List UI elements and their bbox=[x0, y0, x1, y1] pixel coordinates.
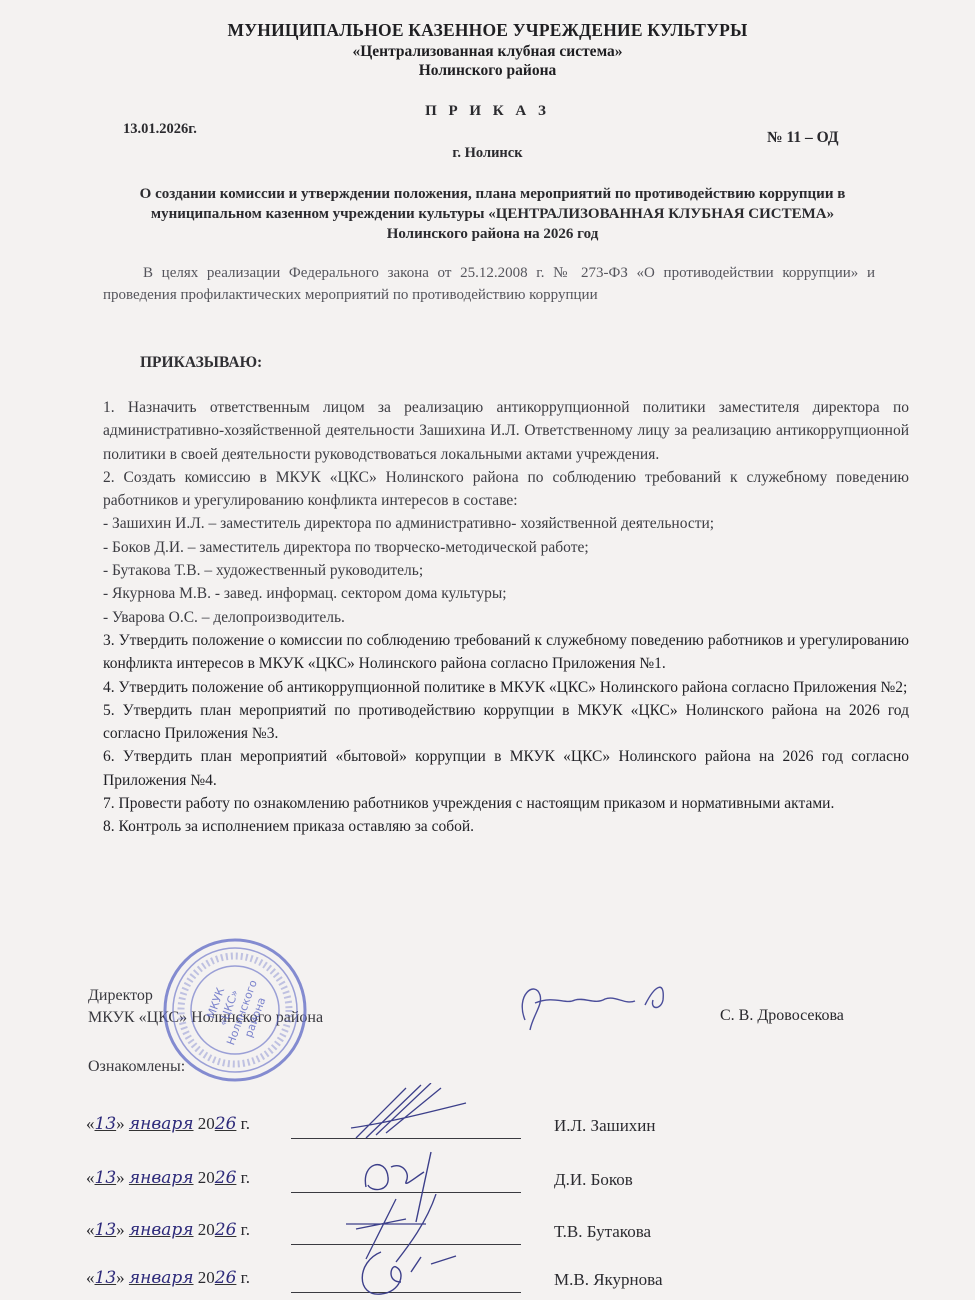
order-item: 5. Утвердить план мероприятий по противо… bbox=[103, 699, 909, 746]
order-item: 4. Утвердить положение об антикоррупцион… bbox=[103, 676, 909, 699]
acquaintance-date: «13» января 2026 г. bbox=[86, 1268, 250, 1288]
order-item: 8. Контроль за исполнением приказа остав… bbox=[103, 815, 909, 838]
org-header-line3: Нолинского района bbox=[0, 62, 975, 80]
order-preamble: В целях реализации Федерального закона о… bbox=[103, 262, 875, 306]
director-name: С. В. Дровосекова bbox=[720, 1007, 844, 1025]
order-item: 2. Создать комиссию в МКУК «ЦКС» Нолинск… bbox=[103, 466, 909, 513]
org-header-line2: «Централизованная клубная система» bbox=[0, 43, 975, 61]
acquaintance-row: «13» января 2026 г. М.В. Якурнова bbox=[86, 1262, 886, 1300]
acquaintance-row: «13» января 2026 г. И.Л. Зашихин bbox=[86, 1108, 886, 1148]
commission-member: - Боков Д.И. – заместитель директора по … bbox=[103, 536, 909, 559]
order-item: 6. Утвердить план мероприятий «бытовой» … bbox=[103, 745, 909, 792]
acquainted-label: Ознакомлены: bbox=[88, 1058, 185, 1076]
order-item: 3. Утвердить положение о комиссии по соб… bbox=[103, 629, 909, 676]
director-signature-icon bbox=[505, 975, 685, 1035]
order-subject: О создании комиссии и утверждении положе… bbox=[120, 184, 865, 244]
acquaintance-name: М.В. Якурнова bbox=[554, 1270, 663, 1290]
document-title: П Р И К А З bbox=[0, 103, 975, 120]
acquaintance-name: И.Л. Зашихин bbox=[554, 1116, 656, 1136]
acquaintance-date: «13» января 2026 г. bbox=[86, 1114, 250, 1134]
org-header-line1: МУНИЦИПАЛЬНОЕ КАЗЕННОЕ УЧРЕЖДЕНИЕ КУЛЬТУ… bbox=[0, 20, 975, 41]
commission-member: - Зашихин И.Л. – заместитель директора п… bbox=[103, 512, 909, 535]
acquaintance-date: «13» января 2026 г. bbox=[86, 1220, 250, 1240]
order-city: г. Нолинск bbox=[0, 145, 975, 162]
order-item: 7. Провести работу по ознакомлению работ… bbox=[103, 792, 909, 815]
acquaintance-row: «13» января 2026 г. Д.И. Боков bbox=[86, 1162, 886, 1202]
order-document: МУНИЦИПАЛЬНОЕ КАЗЕННОЕ УЧРЕЖДЕНИЕ КУЛЬТУ… bbox=[0, 0, 975, 1300]
acquaintance-date: «13» января 2026 г. bbox=[86, 1168, 250, 1188]
signature-icon bbox=[351, 1242, 461, 1300]
order-directive-word: ПРИКАЗЫВАЮ: bbox=[140, 354, 262, 372]
commission-member: - Уварова О.С. – делопроизводитель. bbox=[103, 606, 909, 629]
acquaintance-name: Д.И. Боков bbox=[554, 1170, 633, 1190]
commission-member: - Якурнова М.В. - завед. информац. секто… bbox=[103, 582, 909, 605]
order-date: 13.01.2026г. bbox=[123, 121, 197, 138]
order-items: 1. Назначить ответственным лицом за реал… bbox=[103, 396, 909, 839]
commission-member: - Бутакова Т.В. – художественный руковод… bbox=[103, 559, 909, 582]
acquaintance-name: Т.В. Бутакова bbox=[554, 1222, 651, 1242]
order-item: 1. Назначить ответственным лицом за реал… bbox=[103, 396, 909, 466]
signature-icon bbox=[346, 1083, 476, 1143]
acquaintance-row: «13» января 2026 г. Т.В. Бутакова bbox=[86, 1214, 886, 1254]
